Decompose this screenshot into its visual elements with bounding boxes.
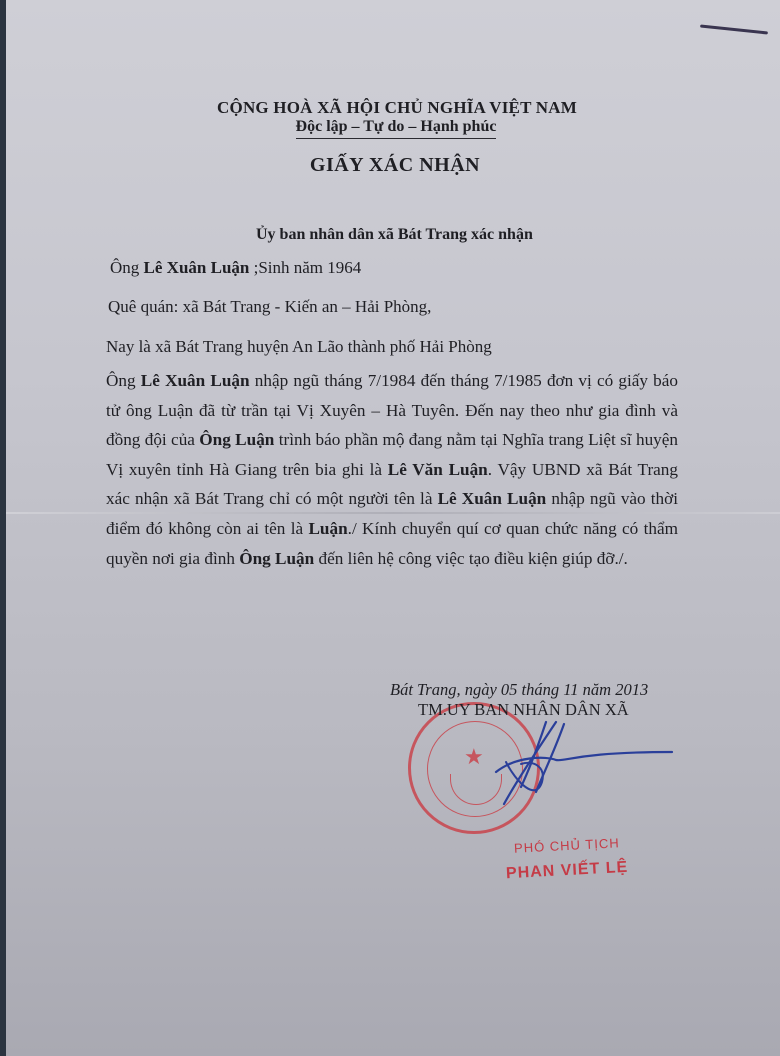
bold-run: Ông Luận (199, 430, 274, 449)
text-run: đến liên hệ công việc tạo điều kiện giúp… (314, 549, 628, 568)
document-title: GIẤY XÁC NHẬN (6, 154, 780, 177)
date-line: Bát Trang, ngày 05 tháng 11 năm 2013 (390, 680, 648, 700)
signature (476, 712, 676, 812)
person-name: Lê Xuân Luận (144, 258, 250, 277)
pen-mark (700, 24, 768, 34)
bold-run: Ông Luận (239, 549, 314, 568)
person-line: Ông Lê Xuân Luận ;Sinh năm 1964 (110, 258, 361, 278)
hometown-line: Quê quán: xã Bát Trang - Kiến an – Hải P… (108, 297, 431, 317)
text-run: Ông (106, 371, 141, 390)
national-motto: Độc lập – Tự do – Hạnh phúc (296, 118, 497, 139)
bold-run: Lê Xuân Luận (141, 371, 250, 390)
current-address-line: Nay là xã Bát Trang huyện An Lão thành p… (106, 337, 492, 357)
committee-line: Ủy ban nhân dân xã Bát Trang xác nhận (256, 226, 533, 244)
document-page: CỘNG HOÀ XÃ HỘI CHỦ NGHĨA VIỆT NAM Độc l… (6, 0, 780, 1056)
birth-year: ;Sinh năm 1964 (249, 258, 361, 277)
bold-run: Lê Xuân Luận (438, 489, 547, 508)
bold-run: Luận (308, 519, 347, 538)
person-prefix: Ông (110, 258, 144, 277)
main-paragraph: Ông Lê Xuân Luận nhập ngũ tháng 7/1984 đ… (106, 366, 678, 573)
nation-header: CỘNG HOÀ XÃ HỘI CHỦ NGHĨA VIỆT NAM (6, 98, 780, 118)
bold-run: Lê Văn Luận (388, 460, 488, 479)
motto-container: Độc lập – Tự do – Hạnh phúc (6, 118, 780, 139)
signer-name: PHAN VIẾT LỆ (506, 859, 629, 883)
signer-rank: PHÓ CHỦ TỊCH (514, 835, 620, 856)
